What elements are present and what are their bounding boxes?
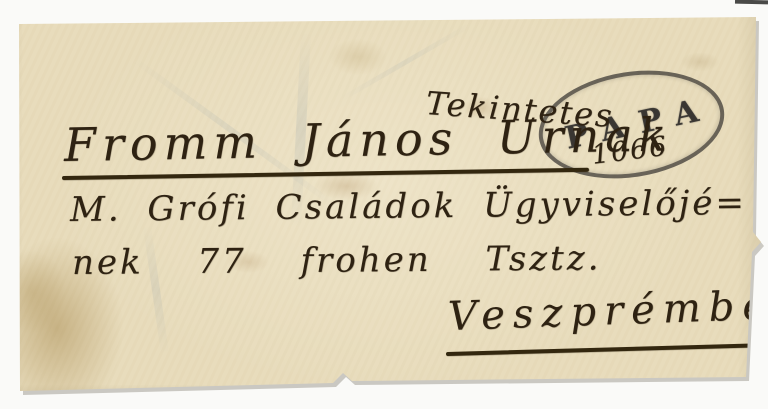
photo-background: PAPA Tekintetes Fromm János Urnak 1066 M… (0, 0, 768, 409)
envelope: PAPA Tekintetes Fromm János Urnak 1066 M… (0, 0, 768, 409)
scan-edge-artifact (735, 0, 768, 4)
address-line-2: M. Grófi Családok Ügyviselőjé= (70, 183, 747, 230)
address-line-3: nek 77 frohen Tsztz. (72, 238, 602, 283)
destination-underline (446, 343, 762, 356)
address-destination-city: Veszprémben (447, 281, 768, 340)
